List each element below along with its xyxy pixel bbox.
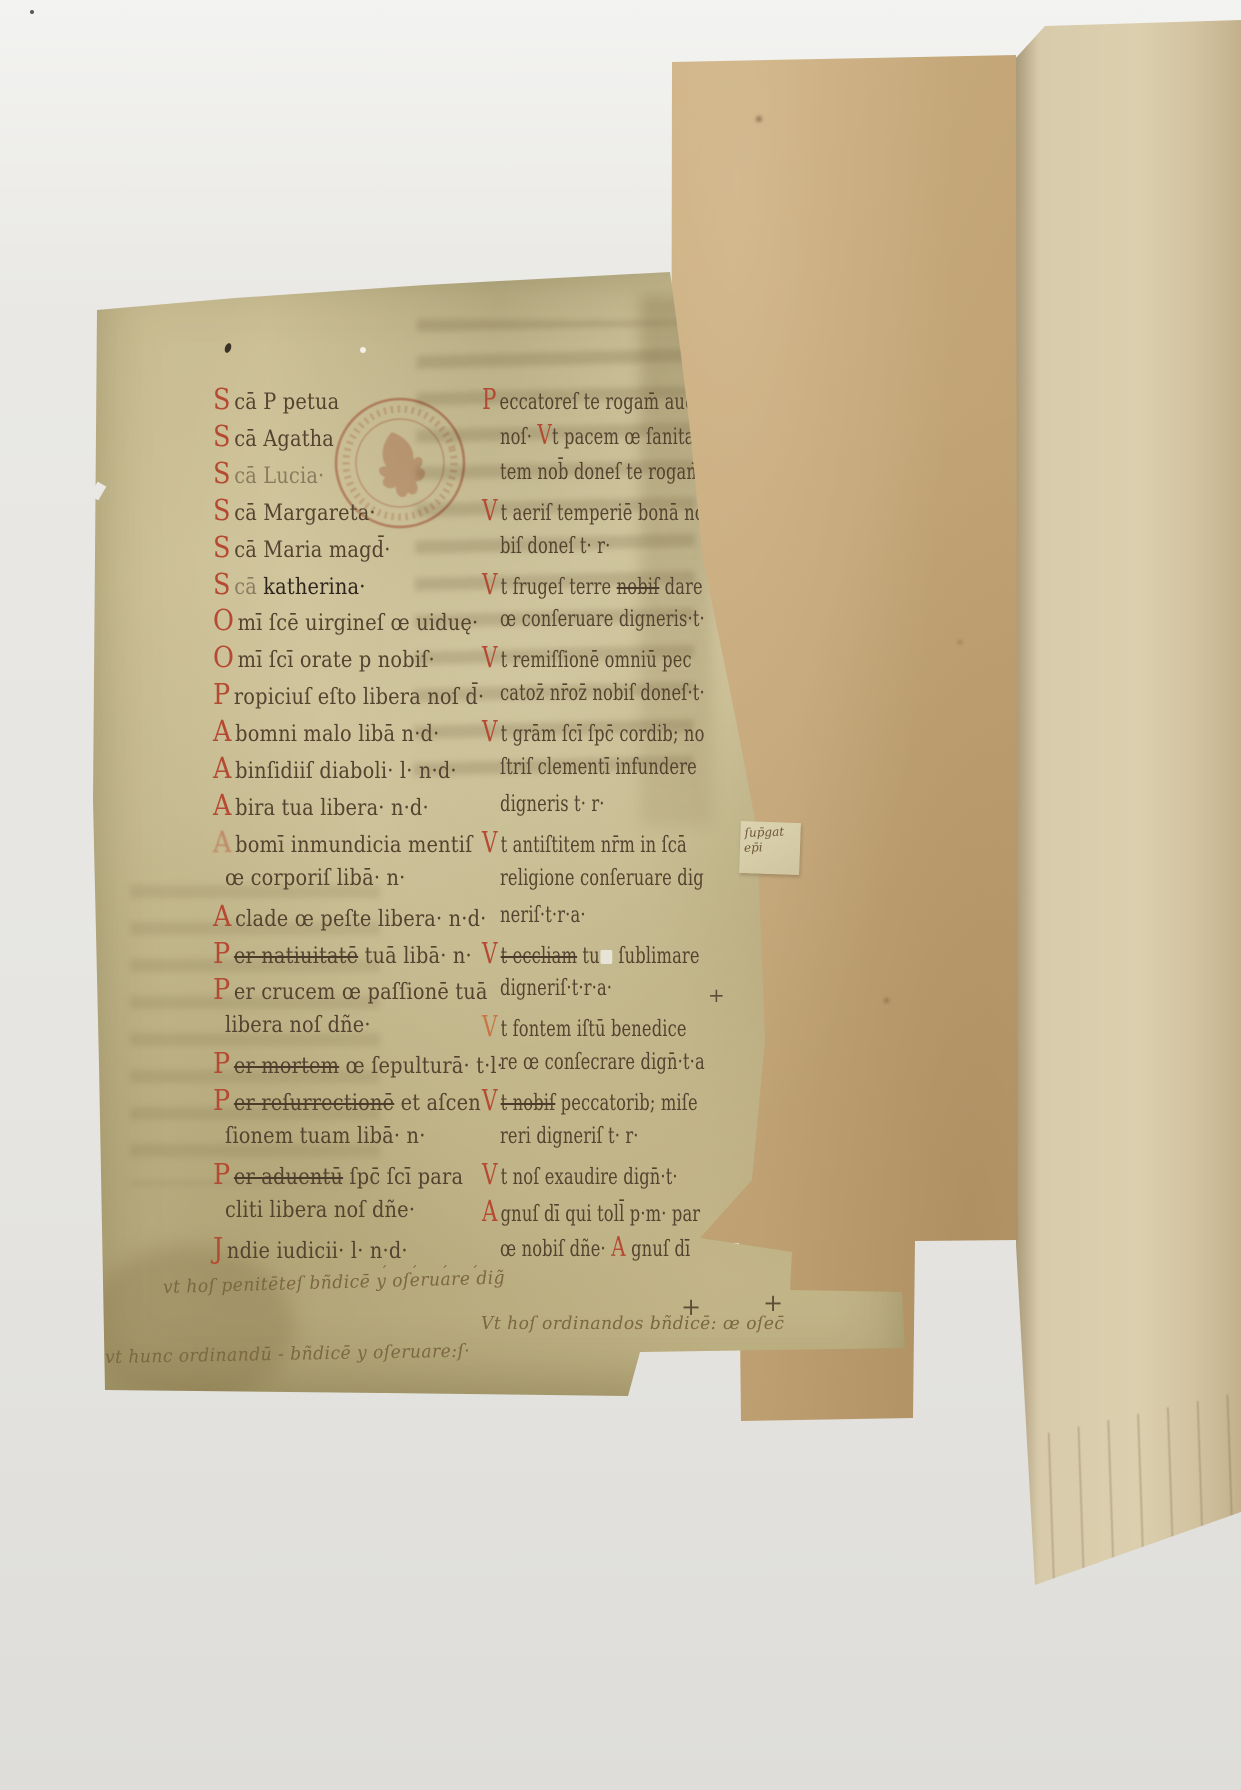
manuscript-line: neriſ·t·r·a· [500,899,586,933]
manuscript-line: Per reſurrectionē et aſcen [213,1083,481,1117]
text-segment: er natiuitatē [234,944,358,969]
text-segment: er crucem œ paſſionē tuā [234,980,488,1005]
manuscript-line: œ conſeruare digneris·t· [500,603,705,637]
initial-letter: A [213,714,232,748]
text-segment: libera noſ dñe· [225,1013,371,1038]
foxing-spot [958,640,962,644]
initial-letter: S [213,567,231,601]
slip-scribble: ep̄i [744,839,796,856]
text-segment: peccatorib; miſe [555,1091,697,1116]
manuscript-line: Peccatoreſ te rogam̄ audi [482,382,701,416]
text-segment: œ conſeruare digneris·t· [500,607,705,632]
manuscript-line: Scā Lucia· [213,456,324,490]
photo-scene: Scā P petuaScā AgathaScā Lucia·Scā Marga… [0,0,1241,1790]
manuscript-line: Jndie iudicii· l· n·d· [213,1231,408,1265]
text-segment: mī ſcī orate p nobiſ· [238,648,435,673]
manuscript-line: digneriſ·t·r·a· [500,972,612,1006]
text-segment: cā [234,575,263,600]
text-segment: t eccliam [501,944,577,969]
manuscript-line: reri digneriſ t· r· [500,1120,639,1154]
initial-letter: O [213,603,234,637]
manuscript-line: Vt frugeſ terre nobiſ dare [482,567,703,601]
text-segment: gnuſ dī qui toll̄ p·m· par [501,1202,701,1227]
text-segment: t remiſſionē omniū pec [501,648,692,673]
text-segment: tu [577,944,600,969]
erasure-patch [600,950,612,964]
manuscript-line: Per crucem œ paſſionē tuā [213,972,488,1006]
text-segment: œ corporiſ libā· n· [225,866,405,891]
text-segment: katherina· [263,575,365,600]
initial-letter: V [482,1009,498,1043]
initial-letter: V [482,1157,498,1191]
initial-letter: V [482,825,498,859]
initial-letter: V [482,567,498,601]
text-segment: er mortem [234,1054,339,1079]
initial-letter: P [213,936,230,970]
manuscript-line: Abomī inmundicia mentiſ [213,825,472,859]
text-segment: cliti libera noſ dñe· [225,1198,415,1223]
initial-letter: V [482,1083,498,1117]
manuscript-line: Abira tua libera· n·d· [213,788,429,822]
manuscript-line: re œ conſecrare dign̄·t·a [500,1046,705,1080]
manuscript-line: noſ· Vt pacem œ ſanita [500,419,695,453]
initial-letter: S [213,530,231,564]
initial-letter: A [482,1194,498,1228]
manuscript-line: Aclade œ peſte libera· n·d· [213,899,487,933]
initial-letter: S [213,419,231,453]
text-segment: gnuſ dī [626,1237,691,1262]
initial-letter: S [213,456,231,490]
initial-letter: P [213,1157,230,1191]
manuscript-line: Omī ſcī orate p nobiſ· [213,640,435,674]
cross-mark: + [681,1293,701,1321]
initial-letter: S [213,382,231,416]
facing-page [1012,18,1241,1590]
text-segment: nobiſ [617,575,660,600]
manuscript-line: Vt noſ exaudire dign̄·t· [482,1157,678,1191]
text-segment: re œ conſecrare dign̄·t·a [500,1050,705,1075]
manuscript-line: Vt grām ſcī ſpc̄ cordib; no [482,714,705,748]
text-segment: digneris t· r· [500,792,605,817]
text-segment: œ ſepulturā· t·l· [339,1054,503,1079]
manuscript-line: Agnuſ dī qui toll̄ p·m· par [482,1194,700,1228]
manuscript-line: Per aduentū ſpc̄ ſcī para [213,1157,463,1191]
text-segment: œ nobiſ dñe· [500,1237,611,1262]
initial-letter: P [213,677,230,711]
initial-letter: S [213,493,231,527]
text-segment: bomī inmundicia mentiſ [235,833,472,858]
text-segment: A [611,1232,626,1263]
manuscript-line: ſionem tuam libā· n· [225,1120,426,1154]
text-segment: er reſurrectionē [234,1091,394,1116]
marginal-slip: ſup̄gat ep̄i [739,821,801,875]
manuscript-line: catoz̄ nr̄oz̄ nobiſ doneſ·t· [500,677,705,711]
manuscript-line: Per natiuitatē tuā libā· n· [213,936,472,970]
text-segment: t fontem iſtū benedice [501,1017,687,1042]
manuscript-line: religione conſeruare dig [500,862,704,896]
initial-letter: O [213,640,234,674]
text-segment: cā Lucia· [234,464,324,489]
corner-stain [85,1245,295,1405]
manuscript-line: œ corporiſ libā· n· [225,862,405,896]
text-segment: et aſcen [394,1091,481,1116]
manuscript-line: Vt remiſſionē omniū pec [482,640,692,674]
text-segment: binſidiiſ diaboli· l· n·d· [235,759,457,784]
manuscript-line: œ nobiſ dñe· A gnuſ dī [500,1231,690,1265]
manuscript-line: Scā katherina· [213,567,366,601]
text-segment: religione conſeruare dig [500,866,704,891]
marginal-note-ordinandos: Vt hoſ ordinandos bñdicē: œ oſec̄ [481,1313,784,1334]
ink-bleedthrough [413,319,697,791]
initial-letter: V [482,714,498,748]
text-segment: t pacem œ ſanita [552,425,695,450]
manuscript-line: Propiciuſ eſto libera noſ d̄· [213,677,484,711]
initial-letter: A [213,751,232,785]
text-segment: eccatoreſ te rogam̄ audi [500,390,701,415]
initial-letter: V [482,936,498,970]
marginal-note-ordinandum: vt hunc ordinandū - bñdicē y oſeruare:ſ· [105,1341,471,1368]
text-segment: clade œ peſte libera· n·d· [235,907,486,932]
white-fleck [360,347,366,353]
text-segment: catoz̄ nr̄oz̄ nobiſ doneſ·t· [500,681,705,706]
foxing-spot [884,998,889,1003]
text-segment: tem nob̄ doneſ te rogam̄· [500,460,707,485]
initial-letter: P [213,1046,230,1080]
text-segment: er aduentū [234,1165,343,1190]
manuscript-line: Abinſidiiſ diaboli· l· n·d· [213,751,457,785]
initial-letter: A [213,788,232,822]
manuscript-line: Vt fontem iſtū benedice [482,1009,687,1043]
initial-letter: P [213,972,230,1006]
text-segment: noſ· [500,425,537,450]
manuscript-line: digneris t· r· [500,788,605,822]
manuscript-line: biſ doneſ t· r· [500,530,610,564]
text-segment: bomni malo libā n·d· [235,722,439,747]
text-segment: ſublimare [613,944,700,969]
text-segment: bira tua libera· n·d· [235,796,429,821]
manuscript-line: Vt aeriſ temperiē bonā no [482,493,705,527]
manuscript-line: Omī ſcē uirgineſ œ uiduę· [213,603,478,637]
initial-letter: A [213,825,232,859]
initial-letter: P [482,382,497,416]
library-stamp [314,377,485,548]
text-segment: t nobiſ [501,1091,556,1116]
library-stamp-graphic [314,377,485,548]
text-segment: V [537,420,552,451]
initial-letter: J [213,1231,223,1265]
text-segment: t noſ exaudire dign̄·t· [501,1165,678,1190]
text-segment: mī ſcē uirgineſ œ uiduę· [238,611,479,636]
text-segment: ndie iudicii· l· n·d· [227,1239,408,1264]
manuscript-line: Vt nobiſ peccatorib; miſe [482,1083,698,1117]
text-segment: dare [659,575,702,600]
manuscript-line: tem nob̄ doneſ te rogam̄· [500,456,707,490]
text-segment: t aeriſ temperiē bonā no [501,501,705,526]
dust-speck [30,10,34,14]
text-segment: t grām ſcī ſpc̄ cordib; no [501,722,705,747]
initial-letter: A [213,899,232,933]
text-segment: t frugeſ terre [501,575,617,600]
text-segment: ſtriſ clementī infundere [500,755,697,780]
text-segment: ſionem tuam libā· n· [225,1124,426,1149]
initial-letter: V [482,640,498,674]
ink-speck [223,342,232,353]
initial-letter: P [213,1083,230,1117]
text-segment: t antiſtitem nr̄m in ſcā [501,833,687,858]
manuscript-line: Per mortem œ ſepulturā· t·l· [213,1046,503,1080]
manuscript-line: Scā Agatha [213,419,334,453]
ink-bleedthrough [130,885,380,1185]
text-segment: digneriſ·t·r·a· [500,976,612,1001]
manuscript-line: ſtriſ clementī infundere [500,751,697,785]
manuscript-line: Vt eccliam tu ſublimare [482,936,700,970]
manuscript-line: libera noſ dñe· [225,1009,371,1043]
manuscript-line: Abomni malo libā n·d· [213,714,439,748]
marginal-note-penitentes: vt hoſ penitēteſ bñdicē y oſeruare dig̃ [163,1267,506,1298]
text-segment: biſ doneſ t· r· [500,534,610,559]
text-segment: ſpc̄ ſcī para [343,1165,463,1190]
edge-notch [90,482,107,501]
text-segment: ropiciuſ eſto libera noſ d̄· [234,685,484,710]
manuscript-line: cliti libera noſ dñe· [225,1194,415,1228]
cross-mark: + [708,983,725,1007]
foxing-spot [756,116,762,122]
text-segment: reri digneriſ t· r· [500,1124,639,1149]
text-segment: neriſ·t·r·a· [500,903,586,928]
text-segment: tuā libā· n· [358,944,472,969]
manuscript-line: Vt antiſtitem nr̄m in ſcā [482,825,687,859]
cross-mark: + [763,1289,783,1317]
